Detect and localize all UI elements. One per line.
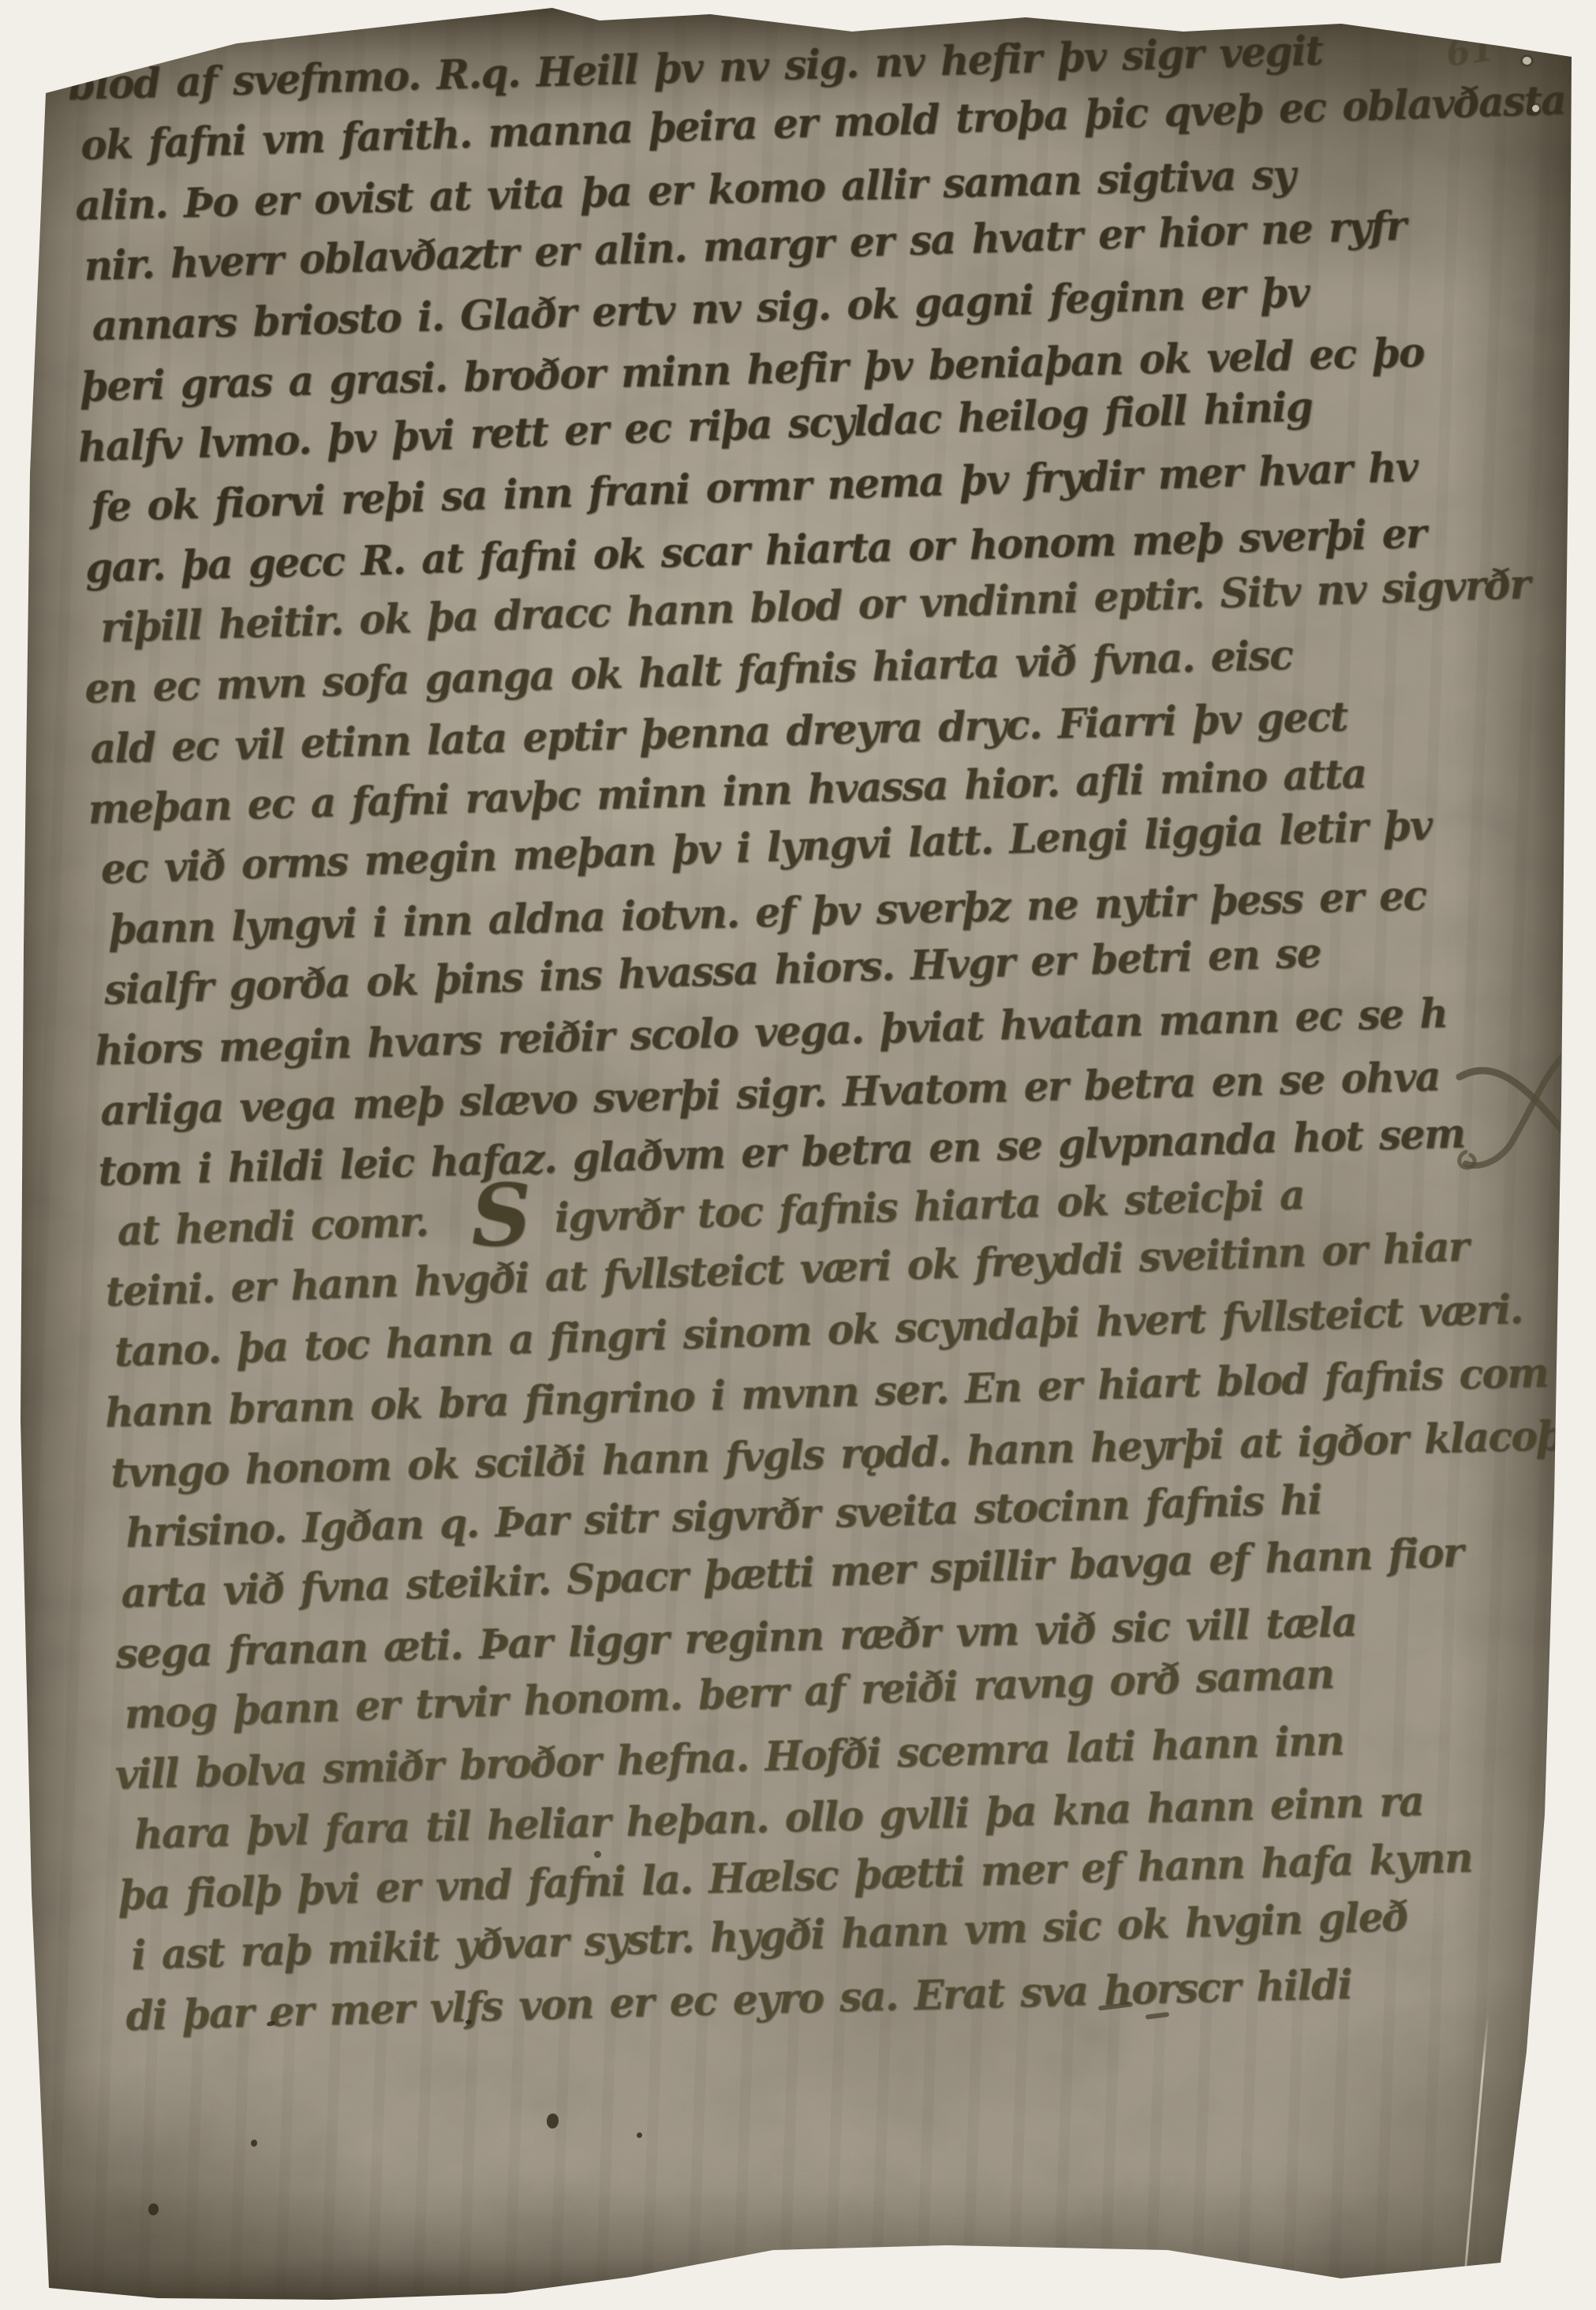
ink-speck xyxy=(251,2140,257,2147)
punch-hole xyxy=(1523,57,1531,65)
drop-cap-initial: S xyxy=(471,1214,530,1216)
ink-speck xyxy=(148,2203,159,2215)
ink-dot xyxy=(594,1851,601,1858)
text-block: blod af svefnmo. R.q. Heill þv nv sig. n… xyxy=(67,14,1582,2046)
folio-number: 61 xyxy=(1444,28,1497,75)
ink-speck xyxy=(547,2114,559,2129)
ink-speck xyxy=(637,2132,642,2138)
manuscript-photo: { "photo": { "backing_color": "#f1efe8",… xyxy=(0,0,1596,2310)
pen-trial-x-mark xyxy=(1452,1034,1596,1191)
punch-hole xyxy=(1532,105,1539,112)
line-prefix: at hendi comr. xyxy=(117,1198,428,1254)
scratch-line xyxy=(1460,2013,1489,2310)
parchment-page: blod af svefnmo. R.q. Heill þv nv sig. n… xyxy=(0,0,1596,2310)
